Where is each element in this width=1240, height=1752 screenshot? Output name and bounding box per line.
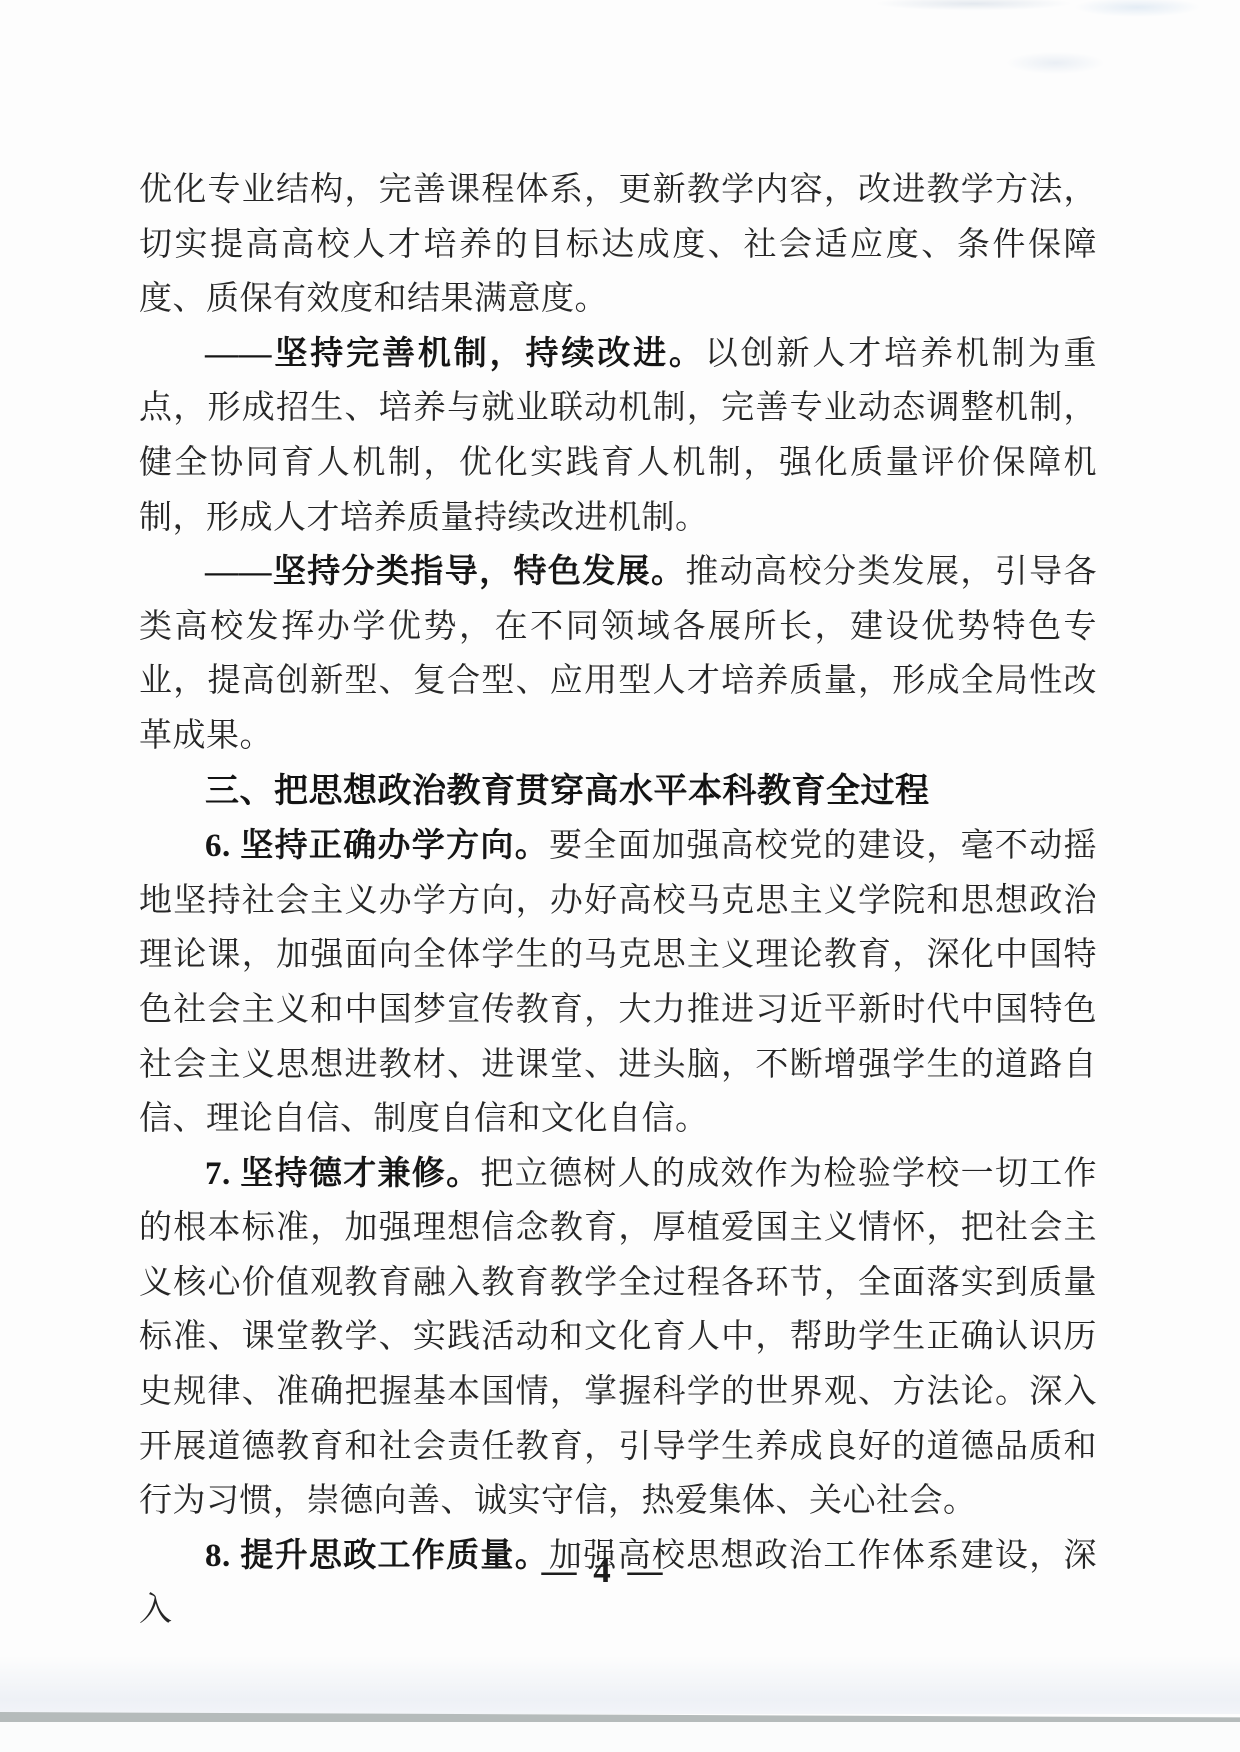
scanned-document-page: 优化专业结构，完善课程体系，更新教学内容，改进教学方法，切实提高高校人才培养的目… <box>0 0 1240 1752</box>
paragraph-text: 要全面加强高校党的建设，毫不动摇地坚持社会主义办学方向，办好高校马克思主义学院和… <box>139 828 1097 1137</box>
paragraph: 7. 坚持德才兼修。把立德树人的成效作为检验学校一切工作的根本标准，加强理想信念… <box>139 1147 1097 1529</box>
paragraph: 优化专业结构，完善课程体系，更新教学内容，改进教学方法，切实提高高校人才培养的目… <box>139 163 1097 327</box>
paragraph-lead: 7. 坚持德才兼修。 <box>205 1156 480 1192</box>
paragraph: ——坚持完善机制，持续改进。以创新人才培养机制为重点，形成招生、培养与就业联动机… <box>139 327 1097 545</box>
paragraph: ——坚持分类指导，特色发展。推动高校分类发展，引导各类高校发挥办学优势，在不同领… <box>139 545 1097 763</box>
paragraph-text: 把立德树人的成效作为检验学校一切工作的根本标准，加强理想信念教育，厚植爱国主义情… <box>139 1156 1097 1520</box>
paragraph-text: 优化专业结构，完善课程体系，更新教学内容，改进教学方法，切实提高高校人才培养的目… <box>139 172 1097 317</box>
paragraph-lead: 6. 坚持正确办学方向。 <box>205 828 549 864</box>
paragraph-lead: ——坚持完善机制，持续改进。 <box>205 336 705 372</box>
section-heading-text: 三、把思想政治教育贯穿高水平本科教育全过程 <box>205 772 930 810</box>
paragraph: 6. 坚持正确办学方向。要全面加强高校党的建设，毫不动摇地坚持社会主义办学方向，… <box>139 819 1097 1147</box>
page-number: — 4 — <box>125 1551 1083 1591</box>
section-heading: 三、把思想政治教育贯穿高水平本科教育全过程 <box>139 764 1097 820</box>
document-body: 优化专业结构，完善课程体系，更新教学内容，改进教学方法，切实提高高校人才培养的目… <box>139 163 1097 1638</box>
scan-edge-margin <box>0 1722 1240 1752</box>
scan-noise-artifact <box>830 0 1240 90</box>
scan-edge-shadow <box>0 1656 1240 1714</box>
paragraph-lead: ——坚持分类指导，特色发展。 <box>205 554 685 590</box>
